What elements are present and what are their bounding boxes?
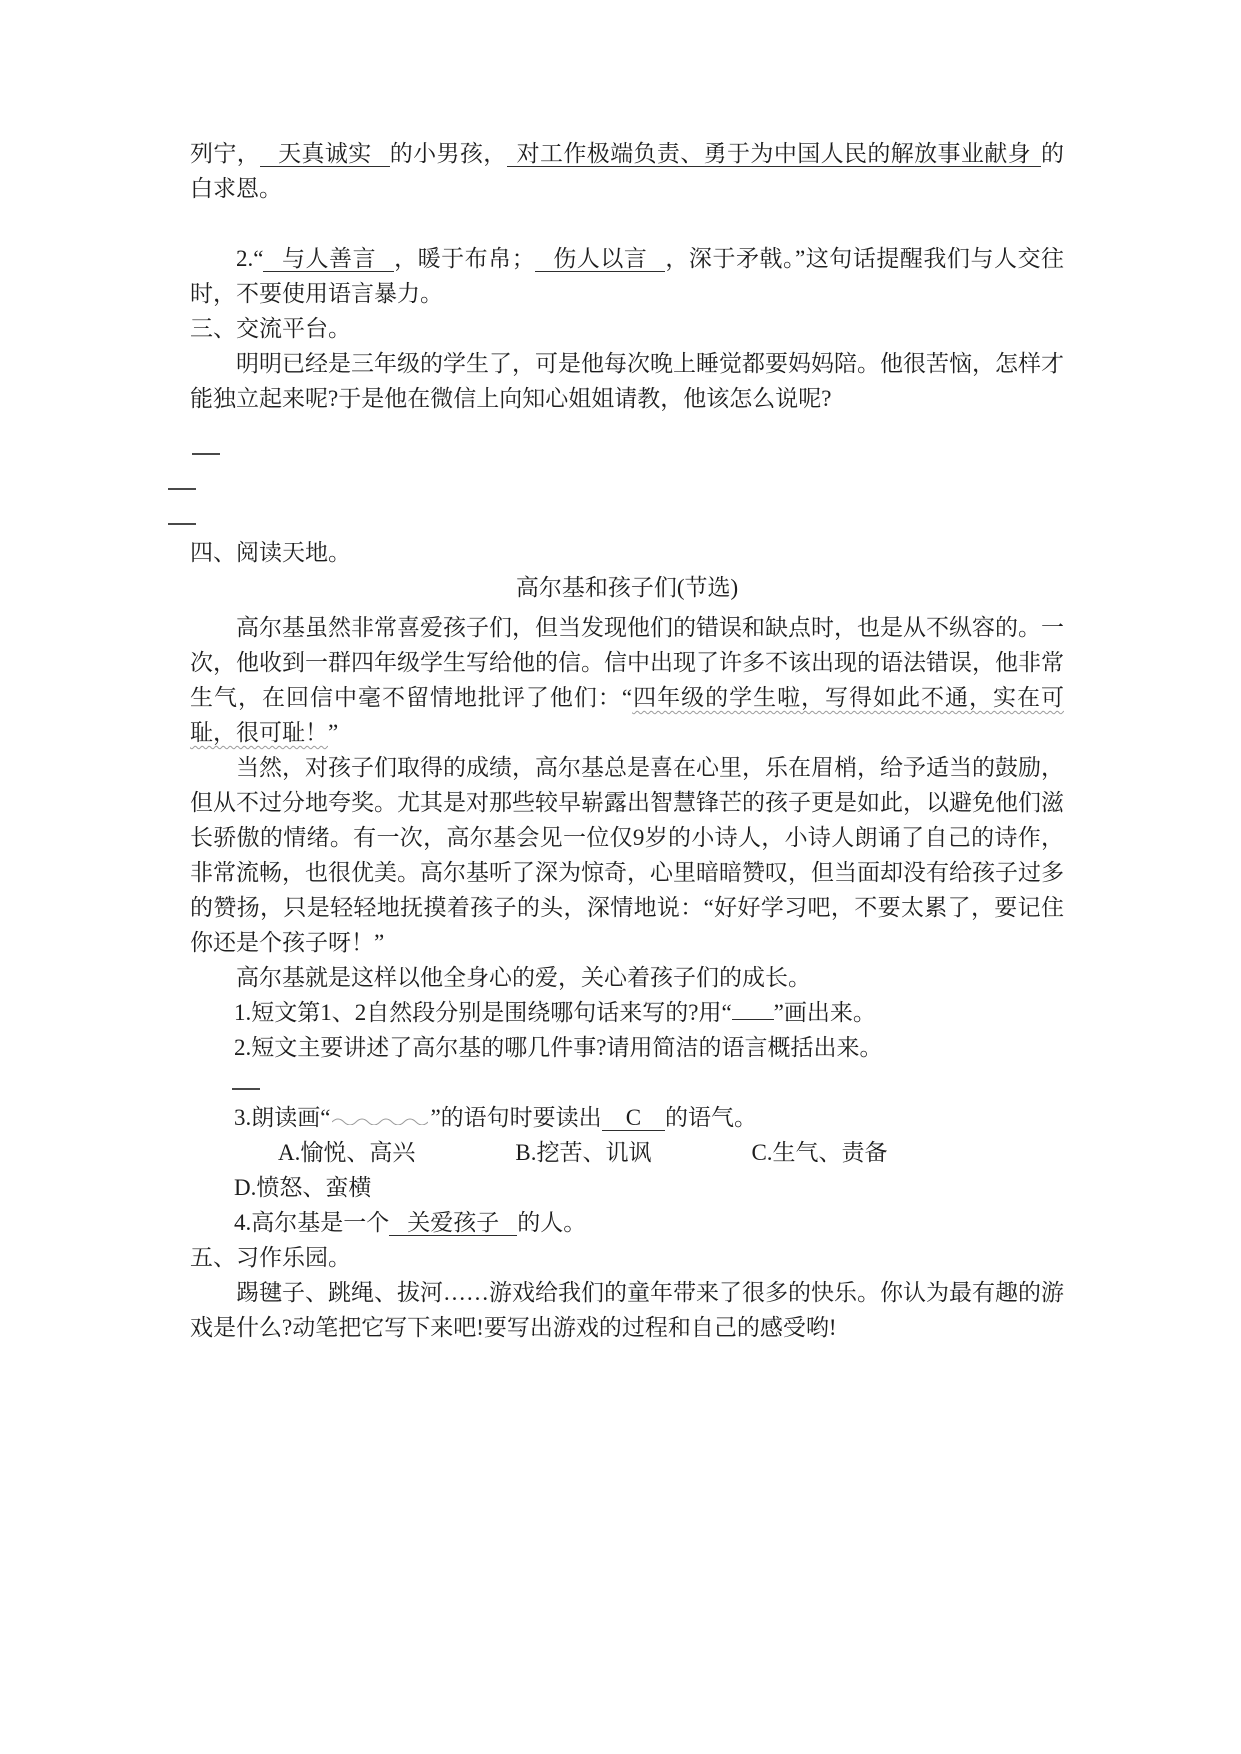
option-d: D.愤怒、蛮横 <box>190 1170 371 1205</box>
option-a: A.愉悦、高兴 <box>234 1135 415 1170</box>
q1-text-pre: 1.短文第1、2自然段分别是围绕哪句话来写的?用“ <box>234 1000 732 1025</box>
question-2: 2.短文主要讲述了高尔基的哪几件事?请用简洁的语言概括出来。 <box>190 1030 1064 1065</box>
item1-answer-blank-2: 对工作极端负责、勇于为中国人民的解放事业献身 <box>507 141 1041 167</box>
answer-line-2 <box>190 465 1064 500</box>
item2-answer-blank-2: 伤人以言 <box>535 246 666 272</box>
section3-paragraph: 明明已经是三年级的学生了，可是他每次晚上睡觉都要妈妈陪。他很苦恼，怎样才能独立起… <box>190 346 1064 416</box>
worksheet-content: 列宁，天真诚实的小男孩，对工作极端负责、勇于为中国人民的解放事业献身的白求恩。 … <box>0 0 1064 1345</box>
q1-text-post: ”画出来。 <box>774 1000 876 1025</box>
section4-heading: 四、阅读天地。 <box>190 535 1064 570</box>
q3-text-pre: 3.朗读画“ <box>234 1105 330 1130</box>
item1-text-pre: 列宁， <box>190 141 260 166</box>
q3-text-mid: ”的语句时要读出 <box>430 1105 601 1130</box>
answer-line-4 <box>190 1065 1064 1100</box>
q4-text-pre: 4.高尔基是一个 <box>234 1210 389 1235</box>
option-b: B.挖苦、讥讽 <box>471 1135 651 1170</box>
answer-line-1 <box>190 430 1064 465</box>
passage-paragraph-3: 高尔基就是这样以他全身心的爱，关心着孩子们的成长。 <box>190 960 1064 995</box>
question-3-options: A.愉悦、高兴B.挖苦、讥讽C.生气、责备D.愤怒、蛮横 <box>190 1135 1064 1205</box>
answer-dash-icon <box>232 1072 260 1090</box>
answer-dash-icon <box>168 507 196 525</box>
item1-answer-blank-1: 天真诚实 <box>260 141 390 167</box>
item2-text-pre: 2.“ <box>236 246 263 271</box>
item1-text-mid: 的小男孩， <box>390 141 507 166</box>
q1-underline-placeholder <box>732 996 774 1020</box>
answer-dash-icon <box>168 472 196 490</box>
q4-answer-blank: 关爱孩子 <box>389 1210 517 1236</box>
q3-answer-blank: C <box>602 1105 665 1131</box>
section5-paragraph: 踢毽子、跳绳、拔河……游戏给我们的童年带来了很多的快乐。你认为最有趣的游戏是什么… <box>190 1275 1064 1345</box>
passage-paragraph-1: 高尔基虽然非常喜爱孩子们，但当发现他们的错误和缺点时，也是从不纵容的。一次，他收… <box>190 610 1064 750</box>
item2-fill-blank-sentence: 2.“与人善言，暖于布帛；伤人以言，深于矛戟。”这句话提醒我们与人交往时，不要使… <box>190 241 1064 311</box>
answer-line-3 <box>190 500 1064 535</box>
question-1: 1.短文第1、2自然段分别是围绕哪句话来写的?用“”画出来。 <box>190 995 1064 1030</box>
question-4: 4.高尔基是一个关爱孩子的人。 <box>190 1205 1064 1240</box>
section5-heading: 五、习作乐园。 <box>190 1240 1064 1275</box>
item2-text-mid: ，暖于布帛； <box>394 246 535 271</box>
section3-heading: 三、交流平台。 <box>190 311 1064 346</box>
worksheet-page: 列宁，天真诚实的小男孩，对工作极端负责、勇于为中国人民的解放事业献身的白求恩。 … <box>0 0 1241 1754</box>
item1-fill-blank-sentence: 列宁，天真诚实的小男孩，对工作极端负责、勇于为中国人民的解放事业献身的白求恩。 <box>190 136 1064 206</box>
question-3: 3.朗读画“”的语句时要读出C的语气。 <box>190 1100 1064 1135</box>
item2-answer-blank-1: 与人善言 <box>263 246 394 272</box>
passage-para1-closing-quote: ” <box>328 720 338 745</box>
answer-dash-icon <box>192 437 220 455</box>
option-c: C.生气、责备 <box>707 1135 887 1170</box>
q3-text-post: 的语气。 <box>665 1105 757 1130</box>
passage-title: 高尔基和孩子们(节选) <box>190 570 1064 605</box>
wavy-line-placeholder-icon <box>332 1115 428 1125</box>
passage-paragraph-2: 当然，对孩子们取得的成绩，高尔基总是喜在心里，乐在眉梢，给予适当的鼓励，但从不过… <box>190 750 1064 960</box>
q4-text-post: 的人。 <box>517 1210 586 1235</box>
